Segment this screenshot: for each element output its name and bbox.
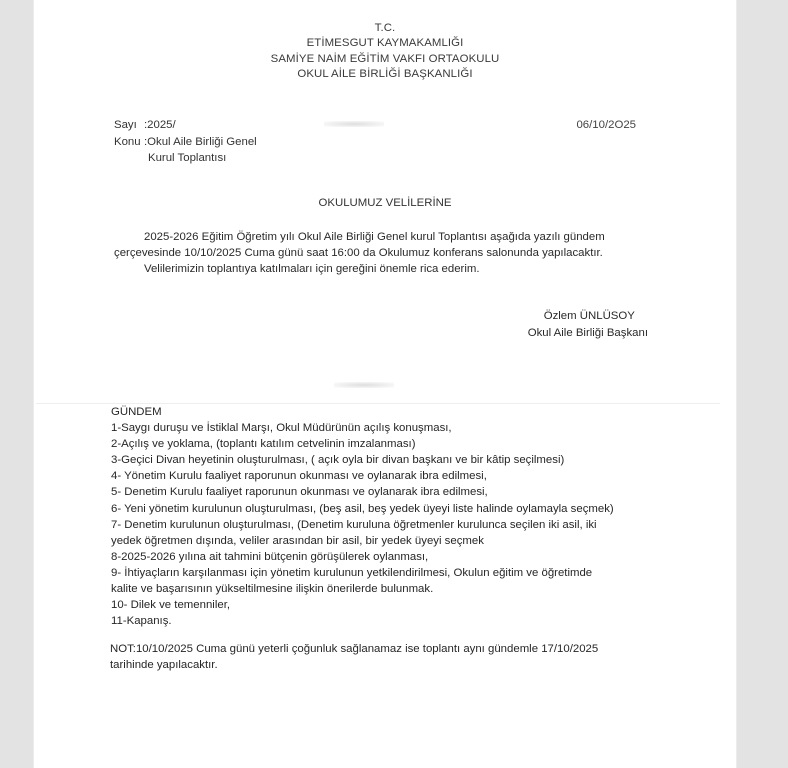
agenda-item: 1-Saygı duruşu ve İstiklal Marşı, Okul M… (111, 420, 671, 436)
document-page: T.C. ETİMESGUT KAYMAKAMLIĞI SAMİYE NAİM … (34, 0, 736, 768)
agenda-item: 11-Kapanış. (111, 613, 671, 629)
document-meta: Sayı:2025/ Konu:Okul Aile Birliği Genel … (114, 117, 257, 167)
scan-artifact (324, 121, 384, 127)
letterhead: T.C. ETİMESGUT KAYMAKAMLIĞI SAMİYE NAİM … (34, 21, 736, 82)
agenda-item: kalite ve başarısının yükseltilmesine il… (111, 581, 671, 597)
recipient-heading: OKULUMUZ VELİLERİNE (34, 197, 736, 209)
agenda-title: GÜNDEM (111, 404, 671, 420)
konu-label: Konu (114, 134, 144, 151)
sayi-row: Sayı:2025/ (114, 117, 257, 134)
letter-body: 2025-2026 Eğitim Öğretim yılı Okul Aile … (114, 229, 650, 278)
agenda-item: 5- Denetim Kurulu faaliyet raporunun oku… (111, 484, 671, 500)
konu-row: Konu:Okul Aile Birliği Genel (114, 134, 257, 151)
note-line-2: tarihinde yapılacaktır. (110, 657, 670, 673)
konu-value-line1: :Okul Aile Birliği Genel (144, 136, 257, 148)
konu-value-line2: Kurul Toplantısı (114, 150, 257, 167)
sayi-value: :2025/ (144, 119, 176, 131)
letterhead-line-association: OKUL AİLE BİRLİĞİ BAŞKANLIĞI (34, 67, 736, 82)
body-paragraph-1-line-1: 2025-2026 Eğitim Öğretim yılı Okul Aile … (114, 229, 650, 245)
body-paragraph-2: Velilerimizin toplantıya katılmaları içi… (114, 261, 650, 277)
letterhead-line-district: ETİMESGUT KAYMAKAMLIĞI (34, 36, 736, 51)
signatory-title: Okul Aile Birliği Başkanı (528, 325, 648, 342)
signature-block: Özlem ÜNLÜSOY Okul Aile Birliği Başkanı (528, 308, 648, 341)
agenda-item: 6- Yeni yönetim kurulunun oluşturulması,… (111, 501, 671, 517)
letterhead-line-tc: T.C. (34, 21, 736, 36)
agenda-item: 9- İhtiyaçların karşılanması için yöneti… (111, 565, 671, 581)
agenda-item: 3-Geçici Divan heyetinin oluşturulması, … (111, 452, 671, 468)
signatory-name: Özlem ÜNLÜSOY (528, 308, 648, 325)
agenda-section: GÜNDEM 1-Saygı duruşu ve İstiklal Marşı,… (111, 404, 671, 629)
letterhead-line-school: SAMİYE NAİM EĞİTİM VAKFI ORTAOKULU (34, 52, 736, 67)
agenda-item: 2-Açılış ve yoklama, (toplantı katılım c… (111, 436, 671, 452)
agenda-item: 10- Dilek ve temenniler, (111, 597, 671, 613)
agenda-item: 4- Yönetim Kurulu faaliyet raporunun oku… (111, 468, 671, 484)
scan-artifact (334, 382, 394, 388)
document-date: 06/10/2O25 (576, 117, 636, 134)
sayi-label: Sayı (114, 117, 144, 134)
agenda-item: yedek öğretmen dışında, veliler arasında… (111, 533, 671, 549)
note-line-1: NOT:10/10/2025 Cuma günü yeterli çoğunlu… (110, 641, 670, 657)
agenda-item: 8-2025-2026 yılına ait tahmini bütçenin … (111, 549, 671, 565)
note-section: NOT:10/10/2025 Cuma günü yeterli çoğunlu… (110, 641, 670, 673)
agenda-list: 1-Saygı duruşu ve İstiklal Marşı, Okul M… (111, 420, 671, 629)
agenda-item: 7- Denetim kurulunun oluşturulması, (Den… (111, 517, 671, 533)
body-paragraph-1-line-2: çerçevesinde 10/10/2025 Cuma günü saat 1… (114, 245, 650, 261)
